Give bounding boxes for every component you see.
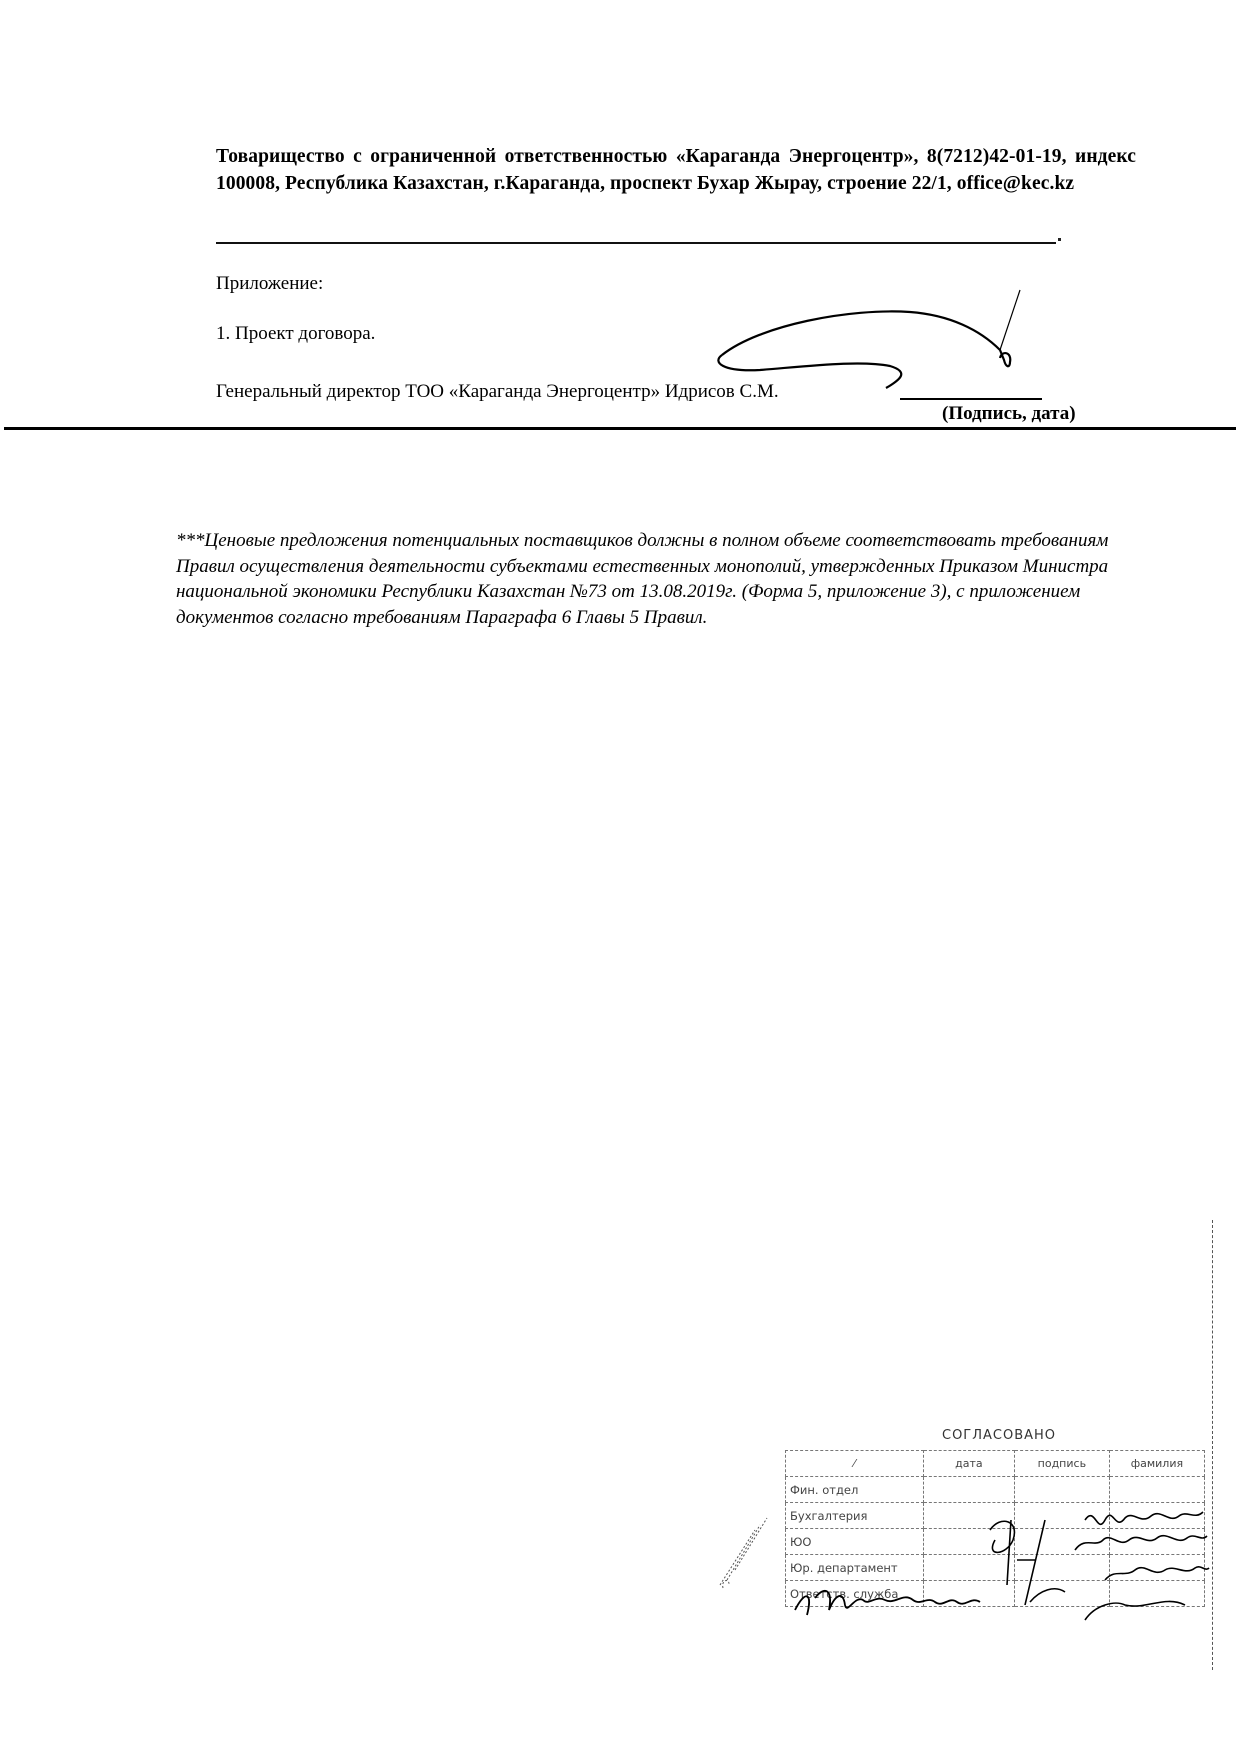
section-rule [4,427,1236,430]
scan-speck [1058,238,1061,241]
stamp-scribble-icon [715,1500,775,1590]
approval-stamp: СОГЛАСОВАНО ⁄ дата подпись фамилия Фин. … [785,1420,1210,1635]
attachment-item: 1. Проект договора. [216,323,375,345]
stamp-handwriting-icon [785,1420,1210,1635]
company-details: Товарищество с ограниченной ответственно… [216,143,1136,197]
page-edge-line [1212,1220,1213,1670]
director-signature-icon [700,280,1100,410]
signatory-line: Генеральный директор ТОО «Караганда Энер… [216,381,779,403]
footnote-text: ***Ценовые предложения потенциальных пос… [176,528,1136,630]
divider [216,242,1056,244]
attachments-label: Приложение: [216,273,323,295]
